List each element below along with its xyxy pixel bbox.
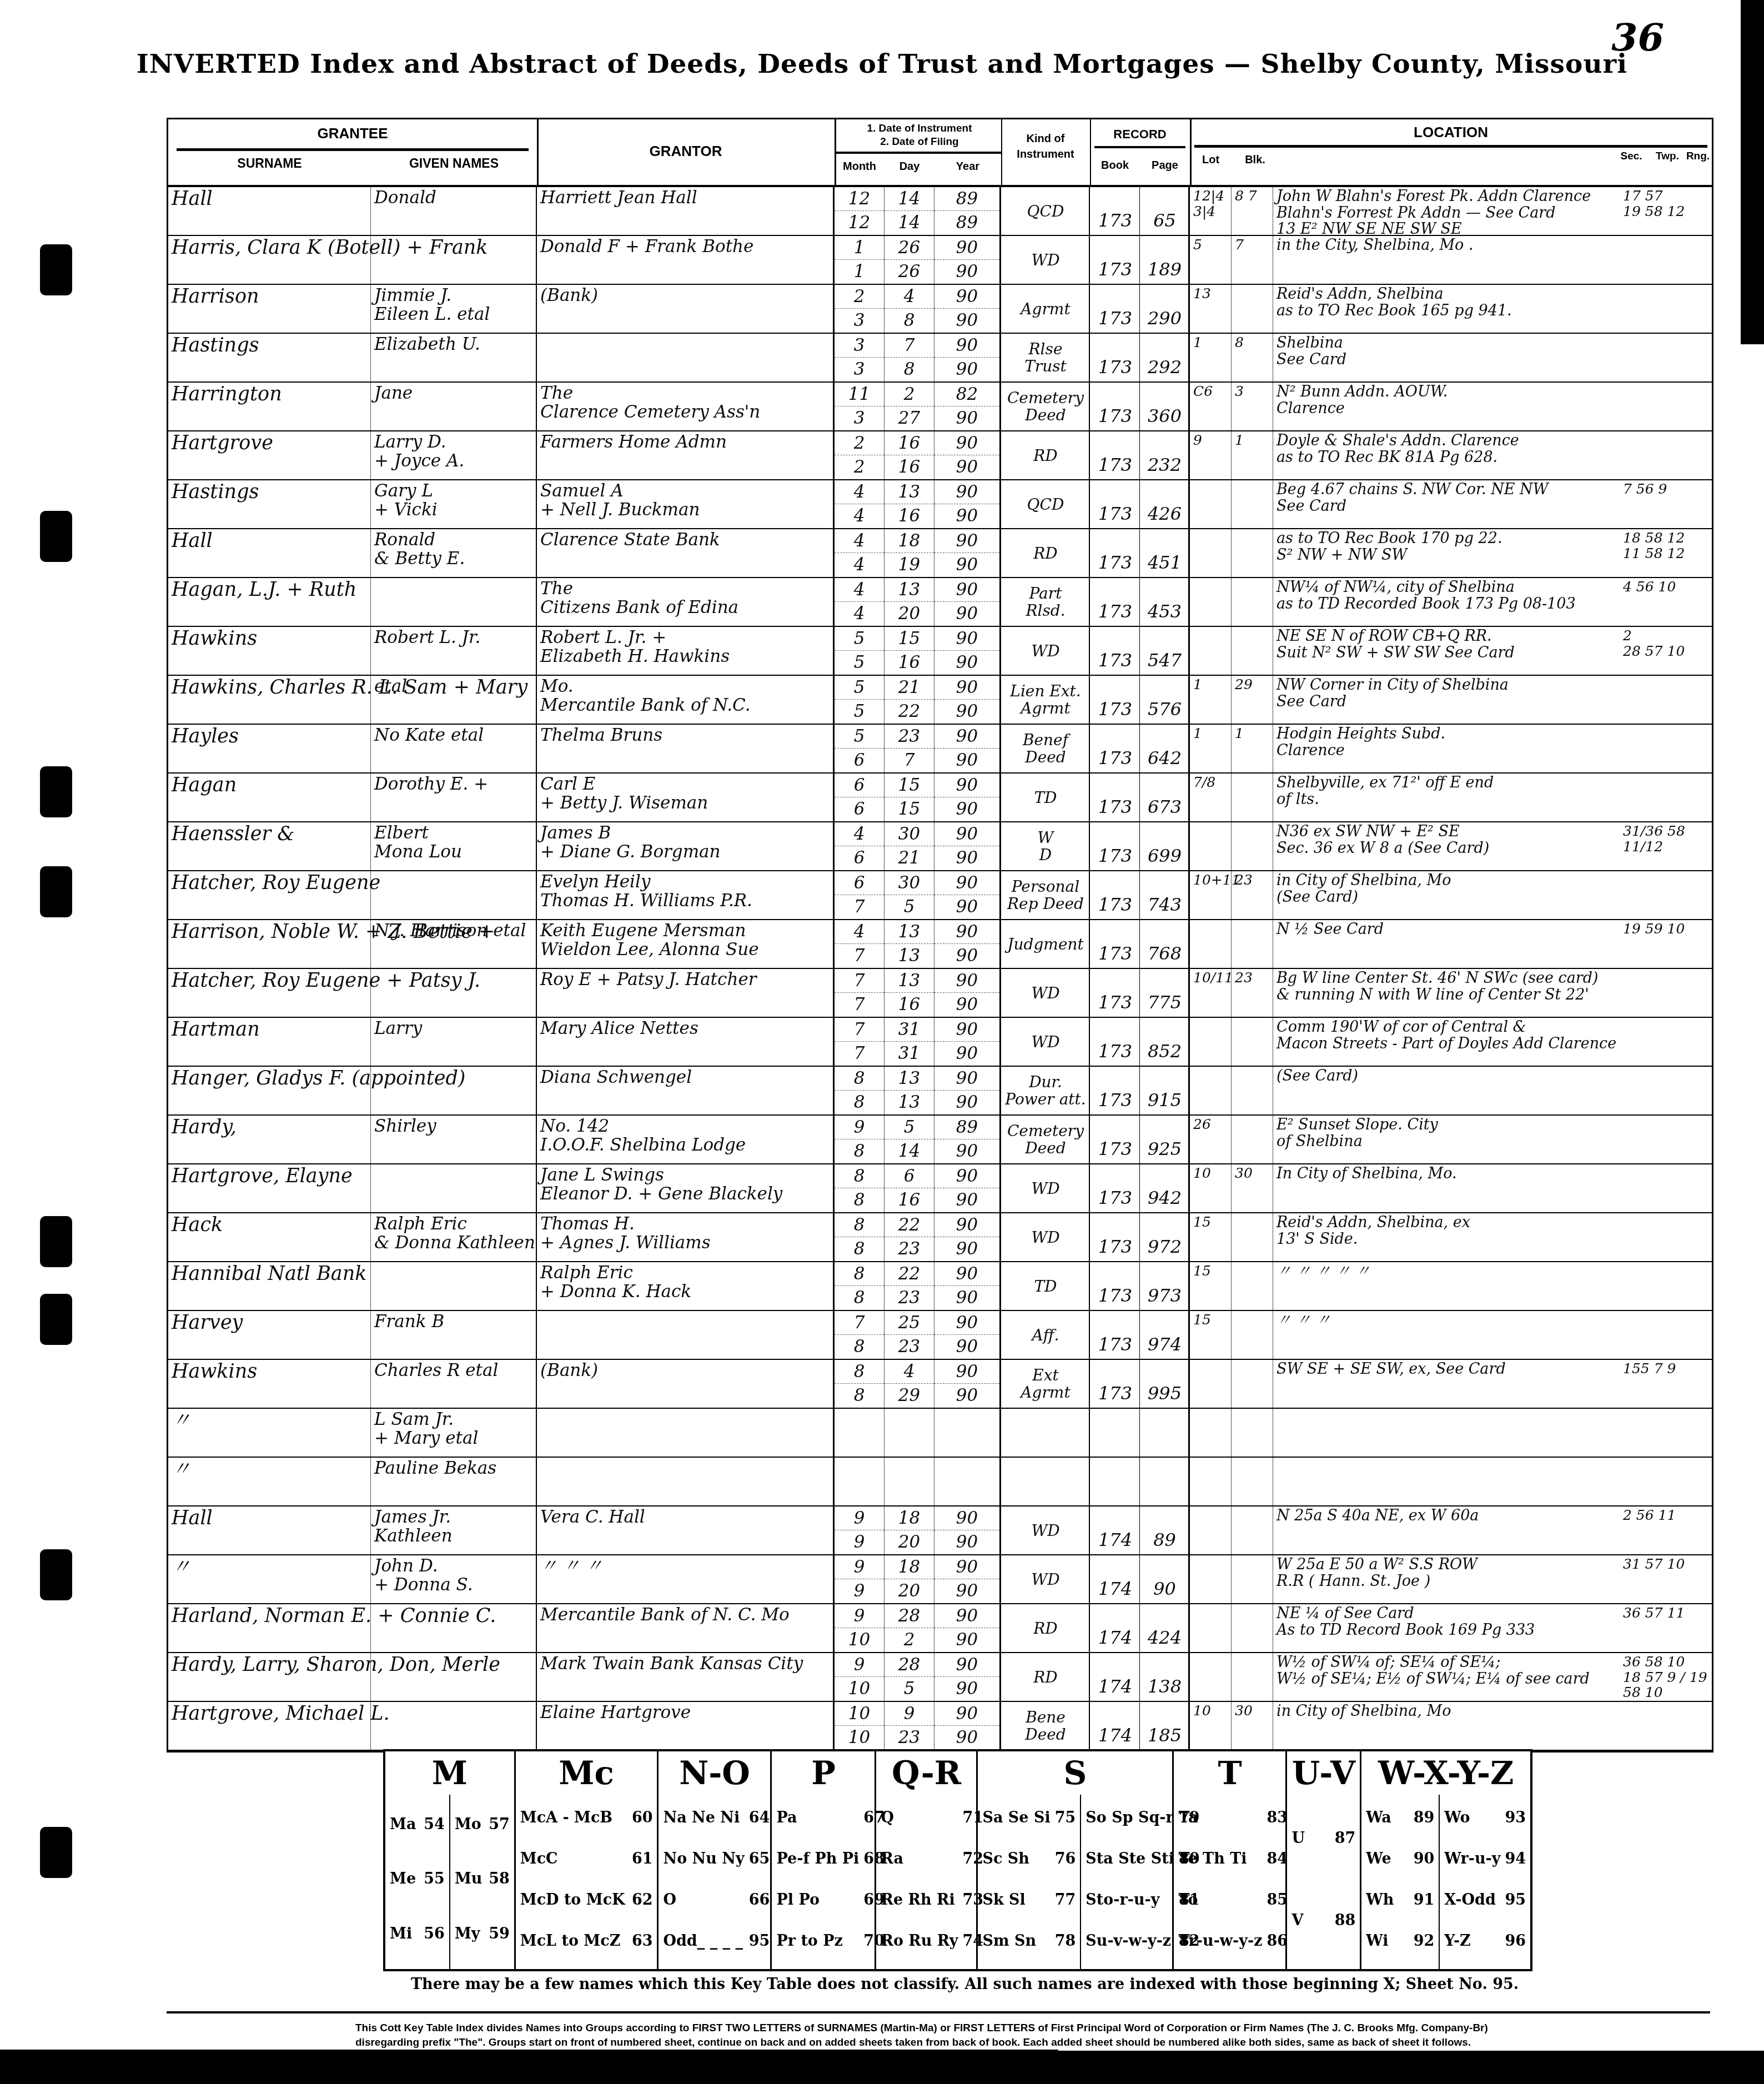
date-instrument-value: 4: [835, 920, 884, 944]
location-lot-text: 9: [1193, 433, 1229, 448]
grantor: Diana Schwengel: [537, 1067, 835, 1114]
given-names: James Jr.Kathleen: [371, 1506, 537, 1554]
record-page-text: 290: [1143, 309, 1186, 328]
date-instrument-value: 9: [835, 1116, 884, 1139]
location-description-text: as to TD Recorded Book 173 Pg 08-103: [1276, 596, 1621, 612]
date-filing-value: 90: [934, 1530, 999, 1554]
date-filing-value: 90: [934, 651, 999, 674]
date-year: 9090: [934, 1506, 1001, 1554]
location-blk: [1232, 774, 1273, 821]
grantor-text: Elizabeth H. Hawkins: [540, 647, 831, 666]
kind-of-instrument-text: Part: [1004, 585, 1087, 602]
location-description: NW Corner in City of ShelbinaSee Card: [1273, 676, 1623, 724]
date-instrument-value: 90: [934, 969, 999, 993]
key-group-t: TTa83Te Th Ti84To85Tr-u-w-y-z86: [1172, 1751, 1285, 1969]
record-book: 173: [1090, 1311, 1140, 1359]
location-blk: [1232, 285, 1273, 333]
location-blk: [1232, 1506, 1273, 1554]
given-names-text: Ralph Eric: [374, 1214, 534, 1233]
given-names-text: + Mary etal: [374, 1429, 534, 1448]
fine-print-line: This Cott Key Table Index divides Names …: [355, 2021, 1577, 2036]
sec-twp-rng-text: 18 57 9 / 19 58 10: [1623, 1670, 1710, 1700]
date-day: 1320: [884, 578, 934, 626]
key-entry-sheet-number: 75: [1055, 1809, 1076, 1826]
location-description: Reid's Addn, Shelbinaas to TO Rec Book 1…: [1273, 285, 1623, 333]
table-row: Hannibal Natl BankRalph Eric+ Donna K. H…: [168, 1262, 1712, 1311]
record-book: 173: [1090, 1213, 1140, 1261]
record-book-text: 173: [1093, 309, 1137, 328]
record-page: 426: [1140, 480, 1190, 528]
key-entry-label: No Nu Ny: [663, 1850, 744, 1867]
key-entry-sheet-number: 58: [489, 1870, 510, 1887]
date-instrument-value: 11: [835, 383, 884, 406]
date-filing-value: 89: [934, 211, 999, 234]
kind-of-instrument-text: RD: [1004, 1620, 1087, 1638]
surname-text: Hawkins, Charles R. L. Sam + Mary: [172, 677, 368, 699]
date-filing-value: 90: [934, 1188, 999, 1212]
sec-twp-rng: [1623, 1213, 1712, 1261]
date-year: 9090: [934, 725, 1001, 772]
location-lot: [1190, 627, 1232, 675]
grantor: Farmers Home Admn: [537, 431, 835, 479]
date-year: 9090: [934, 1604, 1001, 1652]
key-group-heading: U-V: [1287, 1751, 1360, 1795]
kind-of-instrument-text: Agrmt: [1004, 301, 1087, 318]
date-filing-value: 4: [835, 504, 884, 528]
key-subcolumn: McA - McB60McC61McD to McK62McL to McZ63: [516, 1795, 657, 1969]
date-filing-value: 90: [934, 1042, 999, 1065]
surname: Hall: [168, 529, 371, 577]
key-subcolumn: Mo57Mu58My59: [449, 1795, 514, 1969]
location-description-text: See Card: [1276, 694, 1621, 710]
date-month: 88: [835, 1213, 884, 1261]
date-filing-value: 8: [884, 358, 934, 381]
table-row: HawkinsCharles R etal(Bank)884299090ExtA…: [168, 1360, 1712, 1409]
sec-twp-rng-text: 19 59 10: [1623, 921, 1710, 937]
date-instrument-value: 13: [884, 969, 934, 993]
date-month: 46: [835, 822, 884, 870]
key-entry-sheet-number: 93: [1505, 1809, 1526, 1826]
kind-of-instrument: Agrmt: [1001, 285, 1090, 333]
location-lot: [1190, 480, 1232, 528]
deed-index-table: GRANTEE SURNAME GIVEN NAMES GRANTOR 1. D…: [167, 118, 1713, 1752]
date-filing-value: 90: [934, 1237, 999, 1261]
date-filing-value: 90: [934, 260, 999, 283]
location-lot: 10/11: [1190, 969, 1232, 1017]
sec-twp-rng: 36 57 11: [1623, 1604, 1712, 1652]
surname: Harrington: [168, 383, 371, 430]
key-entry: Te Th Ti84: [1178, 1850, 1288, 1867]
key-entry-sheet-number: 87: [1335, 1830, 1356, 1847]
surname: Hawkins, Charles R. L. Sam + Mary: [168, 676, 371, 724]
date-instrument-value: 25: [884, 1311, 934, 1335]
date-month: 77: [835, 1018, 884, 1066]
record-book: 174: [1090, 1653, 1140, 1701]
key-subcolumn: U87V88: [1287, 1795, 1360, 1969]
record-page-text: 138: [1143, 1677, 1186, 1696]
date-filing-value: 23: [884, 1335, 934, 1358]
table-row: HartmanLarryMary Alice Nettes7731319090W…: [168, 1018, 1712, 1067]
date-year: 9090: [934, 334, 1001, 381]
key-entry: Wa89: [1366, 1809, 1434, 1826]
grantor-text: The: [540, 384, 831, 403]
key-entry-sheet-number: 96: [1505, 1932, 1526, 1950]
location-blk: 23: [1232, 969, 1273, 1017]
key-entry: Wi92: [1366, 1932, 1434, 1950]
location-description: N² Bunn Addn. AOUW. Clarence: [1273, 383, 1623, 430]
binder-hole-mark: [40, 1294, 72, 1345]
location-description: E² Sunset Slope. Cityof Shelbina: [1273, 1116, 1623, 1163]
record-book-text: 173: [1093, 1286, 1137, 1305]
date-instrument-value: 90: [934, 774, 999, 797]
key-subcolumn: Pa67Pe-f Ph Pi68Pl Po69Pr to Pz70: [772, 1795, 888, 1969]
record-book: 173: [1090, 774, 1140, 821]
key-entry: Wh91: [1366, 1891, 1434, 1909]
date-instrument-value: 90: [934, 334, 999, 358]
location-blk: [1232, 1067, 1273, 1114]
sec-twp-rng: [1623, 285, 1712, 333]
date-filing-value: 3: [835, 358, 884, 381]
surname: Hartgrove, Michael L.: [168, 1702, 371, 1750]
surname: 〃: [168, 1458, 371, 1505]
key-entry-sheet-number: 85: [1267, 1891, 1288, 1909]
header-record: RECORD: [1090, 127, 1190, 142]
date-filing-value: 20: [884, 1530, 934, 1554]
record-page: 232: [1140, 431, 1190, 479]
date-filing-value: 20: [884, 602, 934, 625]
sec-twp-rng: [1623, 1164, 1712, 1212]
surname: Hartman: [168, 1018, 371, 1066]
key-entry-label: Pa: [776, 1809, 797, 1826]
binder-hole-mark: [40, 1827, 72, 1878]
sec-twp-rng: [1623, 1311, 1712, 1359]
key-group-heading: T: [1174, 1751, 1285, 1795]
kind-of-instrument: BeneDeed: [1001, 1702, 1090, 1750]
surname-text: Hardy,: [172, 1117, 368, 1138]
location-description: W½ of SW¼ of; SE¼ of SE¼;W½ of SE¼; E½ o…: [1273, 1653, 1623, 1701]
record-page: 424: [1140, 1604, 1190, 1652]
key-entry-sheet-number: 56: [424, 1925, 445, 1942]
grantor: Vera C. Hall: [537, 1506, 835, 1554]
kind-of-instrument-text: W: [1004, 830, 1087, 847]
kind-of-instrument-text: Deed: [1004, 1140, 1087, 1157]
kind-of-instrument: WD: [1001, 1164, 1090, 1212]
location-lot: [1190, 1067, 1232, 1114]
key-entry-label: Mo: [455, 1816, 481, 1833]
date-month: 99: [835, 1555, 884, 1603]
header-grantor: GRANTOR: [537, 143, 835, 160]
key-entry-label: U: [1291, 1830, 1305, 1847]
date-instrument-value: 4: [884, 285, 934, 309]
date-day: 1316: [884, 969, 934, 1017]
record-page: 925: [1140, 1116, 1190, 1163]
given-names-text: L Sam Jr.: [374, 1410, 534, 1429]
surname-text: Hall: [172, 1508, 368, 1529]
location-lot: 15: [1190, 1213, 1232, 1261]
key-group-mc: McMcA - McB60McC61McD to McK62McL to McZ…: [514, 1751, 657, 1969]
date-filing-value: 16: [884, 1188, 934, 1212]
sec-twp-rng-text: 11 58 12: [1623, 546, 1710, 561]
table-row: HarringtonJaneTheClarence Cemetery Ass'n…: [168, 383, 1712, 431]
date-instrument-value: 4: [835, 822, 884, 846]
location-blk: [1232, 920, 1273, 968]
key-entry: O66: [663, 1891, 770, 1909]
location-lot-text: 10: [1193, 1703, 1229, 1719]
date-instrument-value: 90: [934, 627, 999, 651]
key-entry-sheet-number: 77: [1055, 1891, 1076, 1909]
grantor-text: Elaine Hartgrove: [540, 1703, 831, 1722]
kind-of-instrument-text: Trust: [1004, 358, 1087, 375]
location-blk: [1232, 1604, 1273, 1652]
date-filing-value: 8: [835, 1286, 884, 1309]
grantor-text: Harriett Jean Hall: [540, 188, 831, 207]
location-lot: 1: [1190, 725, 1232, 772]
kind-of-instrument-text: Power att.: [1004, 1091, 1087, 1108]
record-page: 576: [1140, 676, 1190, 724]
date-instrument-value: 90: [934, 1604, 999, 1628]
grantor-text: Mercantile Bank of N. C. Mo: [540, 1605, 831, 1624]
kind-of-instrument: WD: [1001, 1018, 1090, 1066]
date-year: [934, 1409, 1001, 1457]
key-entry: Sa Se Si75: [982, 1809, 1076, 1826]
location-blk: 23: [1232, 871, 1273, 919]
record-book: 173: [1090, 285, 1140, 333]
date-month: 910: [835, 1653, 884, 1701]
record-book-text: 173: [1093, 1091, 1137, 1110]
header-year: Year: [934, 160, 1001, 173]
record-page: 973: [1140, 1262, 1190, 1310]
key-entry: Na Ne Ni64: [663, 1809, 770, 1826]
date-day: 305: [884, 871, 934, 919]
key-entry: U87: [1291, 1830, 1355, 1847]
header-blk: Blk.: [1232, 154, 1279, 167]
record-book: 173: [1090, 334, 1140, 381]
sec-twp-rng-text: 19 58 12: [1623, 204, 1710, 219]
location-lot: [1190, 1604, 1232, 1652]
record-page-text: 925: [1143, 1139, 1186, 1159]
date-filing-value: 21: [884, 846, 934, 870]
table-row: Hatcher, Roy EugeneEvelyn HeilyThomas H.…: [168, 871, 1712, 920]
date-month: 44: [835, 578, 884, 626]
key-group-u-v: U-VU87V88: [1285, 1751, 1360, 1969]
date-instrument-value: 9: [835, 1506, 884, 1530]
location-blk: [1232, 1409, 1273, 1457]
key-entry-sheet-number: 54: [424, 1816, 445, 1833]
date-filing-value: 90: [934, 455, 999, 479]
kind-of-instrument: WD: [1001, 822, 1090, 870]
location-lot-text: 13: [1193, 286, 1229, 302]
date-month: 113: [835, 383, 884, 430]
kind-of-instrument-text: D: [1004, 847, 1087, 864]
grantor: Thomas H.+ Agnes J. Williams: [537, 1213, 835, 1261]
given-names-text: Frank B: [374, 1312, 534, 1331]
date-filing-value: 3: [835, 309, 884, 332]
location-description-text: Shelbyville, ex 71²' off E end: [1276, 775, 1621, 791]
record-page-text: 642: [1143, 749, 1186, 768]
sec-twp-rng: 155 7 9: [1623, 1360, 1712, 1408]
location-blk: 8 7: [1232, 187, 1273, 235]
record-book: 173: [1090, 187, 1140, 235]
kind-of-instrument-text: WD: [1004, 1181, 1087, 1198]
location-blk: 1: [1232, 431, 1273, 479]
date-instrument-value: 90: [934, 1506, 999, 1530]
given-names-text: James Jr.: [374, 1508, 534, 1526]
date-instrument-value: 18: [884, 1555, 934, 1579]
date-day: 1313: [884, 1067, 934, 1114]
location-description: N ½ See Card: [1273, 920, 1623, 968]
key-group-items: Na Ne Ni64No Nu Ny65O66Odd_ _ _ _95: [659, 1795, 770, 1969]
sec-twp-rng: 228 57 10: [1623, 627, 1712, 675]
date-instrument-value: 13: [884, 1067, 934, 1091]
record-page-text: 768: [1143, 944, 1186, 963]
surname: Hack: [168, 1213, 371, 1261]
page-title: INVERTED Index and Abstract of Deeds, De…: [0, 49, 1764, 79]
location-blk: 1: [1232, 725, 1273, 772]
given-names: etal: [371, 676, 537, 724]
surname: Harvey: [168, 1311, 371, 1359]
key-group-heading: W-X-Y-Z: [1361, 1751, 1530, 1795]
record-book-text: 173: [1093, 944, 1137, 963]
record-page: 915: [1140, 1067, 1190, 1114]
key-entry-sheet-number: 57: [489, 1816, 510, 1833]
record-page: [1140, 1458, 1190, 1505]
date-instrument-value: 21: [884, 676, 934, 700]
record-book-text: 174: [1093, 1628, 1137, 1648]
sec-twp-rng: [1623, 774, 1712, 821]
location-lot: [1190, 529, 1232, 577]
record-book: 173: [1090, 578, 1140, 626]
given-names-text: Larry D.: [374, 433, 534, 451]
record-page: 89: [1140, 1506, 1190, 1554]
kind-of-instrument-text: Ext: [1004, 1367, 1087, 1384]
date-filing-value: 15: [884, 797, 934, 821]
grantor-text: Mercantile Bank of N.C.: [540, 696, 831, 715]
key-group-items: Ta83Te Th Ti84To85Tr-u-w-y-z86: [1174, 1795, 1285, 1969]
date-filing-value: 26: [884, 260, 934, 283]
date-instrument-value: 22: [884, 1262, 934, 1286]
location-description-text: John W Blahn's Forest Pk. Addn Clarence: [1276, 188, 1621, 205]
surname: Harland, Norman E. + Connie C.: [168, 1604, 371, 1652]
kind-of-instrument: RlseTrust: [1001, 334, 1090, 381]
key-entry-label: McL to McZ: [520, 1932, 621, 1950]
record-book: 173: [1090, 1018, 1140, 1066]
given-names: Ronald& Betty E.: [371, 529, 537, 577]
date-year: 9090: [934, 1311, 1001, 1359]
key-entry-label: Me: [390, 1870, 416, 1887]
key-entry-label: Wh: [1366, 1891, 1394, 1909]
grantor: Donald F + Frank Bothe: [537, 236, 835, 284]
location-description-text: as to TO Rec Book 170 pg 22.: [1276, 530, 1621, 547]
location-description-text: of lts.: [1276, 791, 1621, 808]
key-entry: V88: [1291, 1912, 1355, 1929]
key-entry-sheet-number: 60: [632, 1809, 653, 1826]
key-group-s: SSa Se Si75Sc Sh76Sk Sl77Sm Sn78So Sp Sq…: [976, 1751, 1172, 1969]
date-instrument-value: 6: [835, 871, 884, 895]
table-row: HallDonaldHarriett Jean Hall121214148989…: [168, 187, 1712, 236]
location-blk: [1232, 1018, 1273, 1066]
date-instrument-value: 90: [934, 871, 999, 895]
location-lot-text: 10+11: [1193, 872, 1229, 888]
date-filing-value: 90: [934, 700, 999, 723]
date-day: 1316: [884, 480, 934, 528]
date-instrument-value: 8: [835, 1262, 884, 1286]
kind-of-instrument: PersonalRep Deed: [1001, 871, 1090, 919]
surname-text: Hatcher, Roy Eugene: [172, 872, 368, 894]
location-description-text: Bg W line Center St. 46' N SWc (see card…: [1276, 970, 1621, 987]
given-names: [371, 1067, 537, 1114]
record-page-text: 673: [1143, 797, 1186, 817]
date-instrument-value: 89: [934, 187, 999, 211]
given-names: Larry: [371, 1018, 537, 1066]
date-year: 9090: [934, 431, 1001, 479]
kind-of-instrument-text: WD: [1004, 1229, 1087, 1247]
grantor: Mary Alice Nettes: [537, 1018, 835, 1066]
date-filing-value: 10: [835, 1628, 884, 1651]
header-rule: [835, 152, 1001, 154]
key-entry-label: Wo: [1444, 1809, 1470, 1826]
location-lot: 1: [1190, 334, 1232, 381]
header-given-names: GIVEN NAMES: [371, 156, 537, 171]
record-book-text: 173: [1093, 455, 1137, 475]
table-row: Hagan, L.J. + RuthTheCitizens Bank of Ed…: [168, 578, 1712, 627]
record-book-text: 173: [1093, 211, 1137, 230]
date-instrument-value: 9: [835, 1604, 884, 1628]
key-subcolumn: Ta83Te Th Ti84To85Tr-u-w-y-z86: [1174, 1795, 1292, 1969]
kind-of-instrument: WD: [1001, 627, 1090, 675]
table-row: HarveyFrank B7825239090Aff.17397415〃 〃 〃: [168, 1311, 1712, 1360]
given-names-text: Mona Lou: [374, 842, 534, 861]
date-instrument-value: 8: [835, 1213, 884, 1237]
location-description: Beg 4.67 chains S. NW Cor. NE NW See Car…: [1273, 480, 1623, 528]
given-names-text: & Betty E.: [374, 549, 534, 568]
given-names-text: Donald: [374, 188, 534, 207]
kind-of-instrument-text: WD: [1004, 1034, 1087, 1051]
sec-twp-rng: 36 58 1018 57 9 / 19 58 10: [1623, 1653, 1712, 1701]
key-entry-label: Re Rh Ri: [881, 1891, 954, 1909]
location-lot: 10+11: [1190, 871, 1232, 919]
date-month: [835, 1409, 884, 1457]
kind-of-instrument: RD: [1001, 431, 1090, 479]
location-description-text: Suit N² SW + SW SW See Card: [1276, 645, 1621, 661]
location-description: Bg W line Center St. 46' N SWc (see card…: [1273, 969, 1623, 1017]
given-names-text: Charles R etal: [374, 1361, 534, 1380]
key-entry-label: Wa: [1366, 1809, 1391, 1826]
table-header: GRANTEE SURNAME GIVEN NAMES GRANTOR 1. D…: [168, 119, 1712, 187]
given-names: Ralph Eric& Donna Kathleen: [371, 1213, 537, 1261]
record-book-text: 174: [1093, 1579, 1137, 1599]
record-book-text: 173: [1093, 895, 1137, 915]
date-day: [884, 1409, 934, 1457]
date-instrument-value: 90: [934, 1067, 999, 1091]
date-filing-value: 9: [835, 1579, 884, 1603]
record-page-text: 232: [1143, 455, 1186, 475]
key-entry: Sm Sn78: [982, 1932, 1076, 1950]
date-year: 9090: [934, 529, 1001, 577]
sec-twp-rng-text: 7 56 9: [1623, 481, 1710, 497]
kind-of-instrument: WD: [1001, 1506, 1090, 1554]
kind-of-instrument: WD: [1001, 1213, 1090, 1261]
record-page-text: 775: [1143, 993, 1186, 1012]
record-page: 699: [1140, 822, 1190, 870]
location-description-text: As to TD Record Book 169 Pg 333: [1276, 1622, 1621, 1639]
record-book-text: 173: [1093, 1139, 1137, 1159]
location-lot-text: C6: [1193, 384, 1229, 399]
location-lot-text: 15: [1193, 1312, 1229, 1328]
location-description-text: Reid's Addn, Shelbina: [1276, 286, 1621, 303]
binder-hole-mark: [40, 511, 72, 562]
grantor-text: Thelma Bruns: [540, 726, 831, 745]
location-description-text: Comm 190'W of cor of Central &: [1276, 1019, 1621, 1036]
